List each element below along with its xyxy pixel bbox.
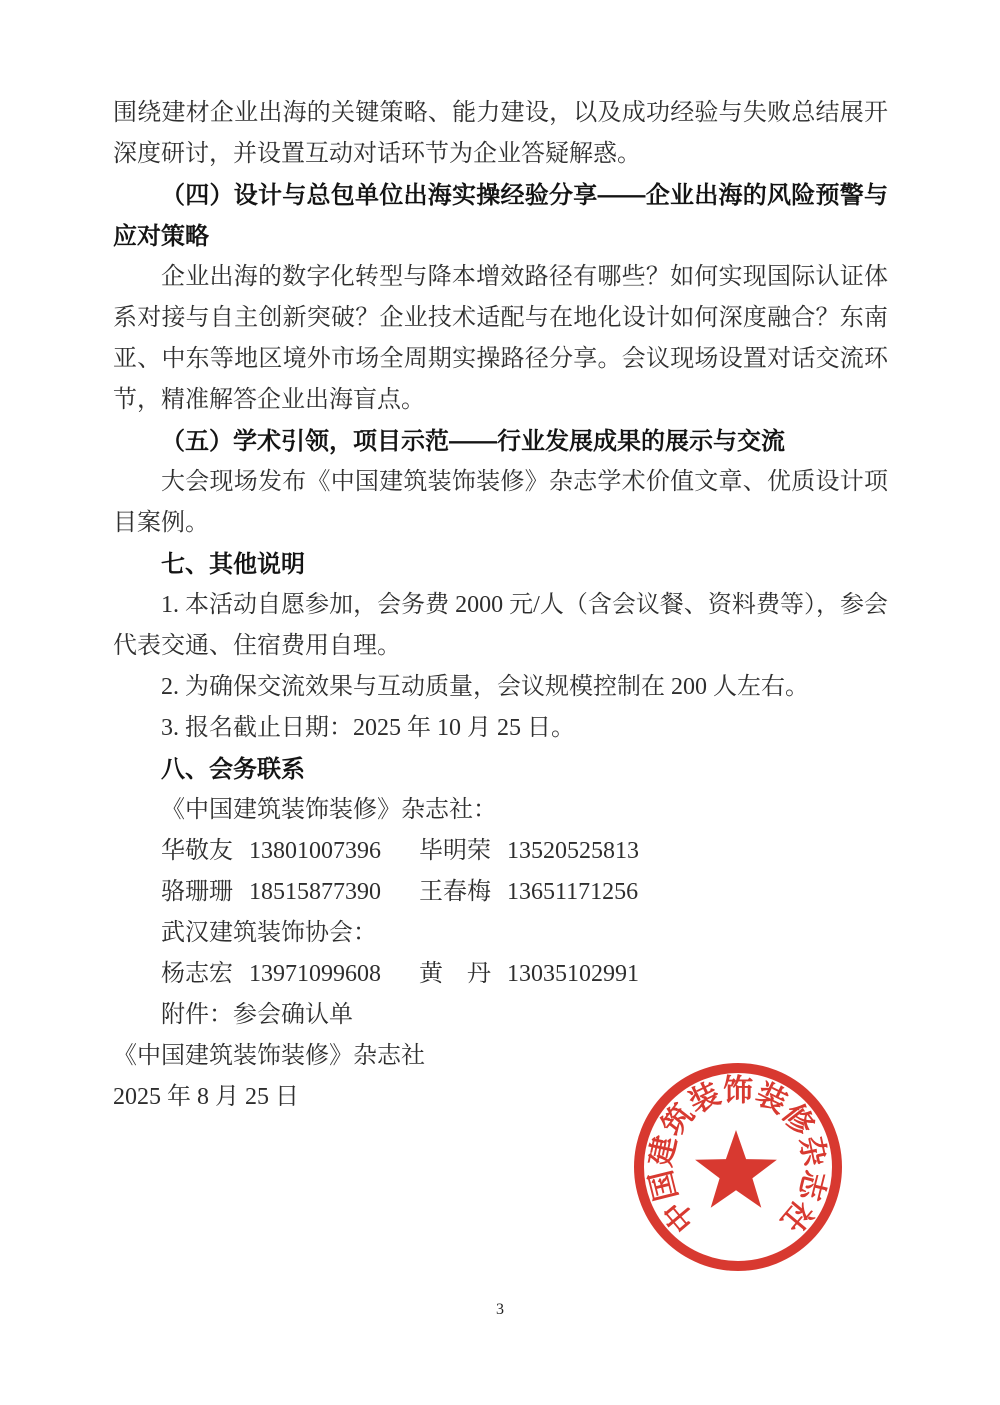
seal-character: 饰 bbox=[723, 1074, 753, 1108]
paragraph-section-4: 企业出海的数字化转型与降本增效路径有哪些？如何实现国际认证体系对接与自主创新突破… bbox=[113, 257, 888, 421]
contact-org-2: 武汉建筑装饰协会： bbox=[113, 913, 888, 954]
contact-name: 王春梅 bbox=[419, 879, 491, 905]
heading-section-8: 八、会务联系 bbox=[113, 749, 888, 790]
contact-pair: 骆珊珊 18515877390 bbox=[161, 872, 413, 913]
contact-name: 华敬友 bbox=[161, 838, 233, 864]
heading-section-5: （五）学术引领，项目示范——行业发展成果的展示与交流 bbox=[113, 421, 888, 462]
seal-star-icon bbox=[695, 1130, 777, 1208]
page-number: 3 bbox=[0, 1300, 1000, 1320]
attachment-note: 附件：参会确认单 bbox=[113, 995, 888, 1036]
paragraph-item-1: 1. 本活动自愿参加，会务费 2000 元/人（含会议餐、资料费等），参会代表交… bbox=[113, 585, 888, 667]
contact-phone: 13971099608 bbox=[249, 961, 381, 987]
contact-org-1: 《中国建筑装饰装修》杂志社： bbox=[113, 790, 888, 831]
paragraph-item-2: 2. 为确保交流效果与互动质量，会议规模控制在 200 人左右。 bbox=[113, 667, 888, 708]
contact-phone: 13651171256 bbox=[507, 879, 638, 905]
paragraph-continuation: 围绕建材企业出海的关键策略、能力建设，以及成功经验与失败总结展开深度研讨，并设置… bbox=[113, 93, 888, 175]
contact-name: 骆珊珊 bbox=[161, 879, 233, 905]
contact-row: 骆珊珊 18515877390 王春梅 13651171256 bbox=[113, 872, 888, 913]
seal-character: 国 bbox=[645, 1167, 684, 1204]
paragraph-item-3: 3. 报名截止日期：2025 年 10 月 25 日。 bbox=[113, 708, 888, 749]
contact-phone: 18515877390 bbox=[249, 879, 381, 905]
document-content: 围绕建材企业出海的关键策略、能力建设，以及成功经验与失败总结展开深度研讨，并设置… bbox=[0, 0, 1000, 1118]
contact-pair: 毕明荣 13520525813 bbox=[419, 838, 639, 864]
document-page: 围绕建材企业出海的关键策略、能力建设，以及成功经验与失败总结展开深度研讨，并设置… bbox=[0, 0, 1000, 1405]
paragraph-section-5: 大会现场发布《中国建筑装饰装修》杂志学术价值文章、优质设计项目案例。 bbox=[113, 462, 888, 544]
contact-pair: 黄 丹 13035102991 bbox=[419, 961, 639, 987]
contact-pair: 杨志宏 13971099608 bbox=[161, 954, 413, 995]
contact-name: 黄 丹 bbox=[419, 961, 491, 987]
contact-row: 杨志宏 13971099608 黄 丹 13035102991 bbox=[113, 954, 888, 995]
official-seal: 中国建筑装饰装修杂志社 bbox=[628, 1057, 848, 1277]
seal-character: 杂 bbox=[793, 1133, 832, 1169]
contact-phone: 13520525813 bbox=[507, 838, 639, 864]
contact-name: 杨志宏 bbox=[161, 961, 233, 987]
heading-section-4: （四）设计与总包单位出海实操经验分享——企业出海的风险预警与应对策略 bbox=[113, 175, 888, 257]
heading-section-7: 七、其他说明 bbox=[113, 544, 888, 585]
contact-pair: 王春梅 13651171256 bbox=[419, 879, 638, 905]
contact-pair: 华敬友 13801007396 bbox=[161, 831, 413, 872]
contact-phone: 13035102991 bbox=[507, 961, 639, 987]
official-seal-graphic: 中国建筑装饰装修杂志社 bbox=[628, 1057, 848, 1277]
contact-row: 华敬友 13801007396 毕明荣 13520525813 bbox=[113, 831, 888, 872]
contact-phone: 13801007396 bbox=[249, 838, 381, 864]
contact-name: 毕明荣 bbox=[419, 838, 491, 864]
